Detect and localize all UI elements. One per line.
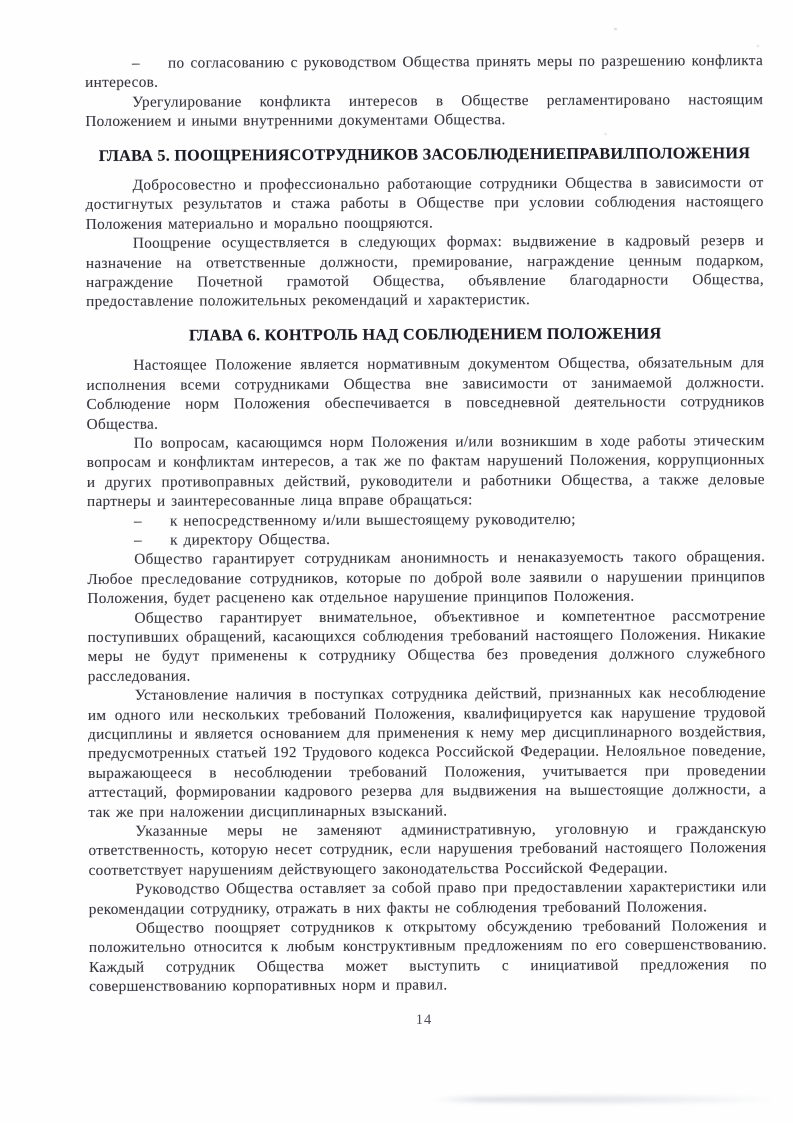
list-item-text: по согласованию с руководством Общества … <box>85 52 763 91</box>
paragraph: Урегулирование конфликта интересов в Общ… <box>85 90 763 132</box>
chapter-5-heading: ГЛАВА 5. ПООЩРЕНИЯСОТРУДНИКОВ ЗАСОБЛЮДЕН… <box>85 144 763 166</box>
paragraph: Установление наличия в поступках сотрудн… <box>88 683 767 822</box>
scan-artifact <box>430 1096 782 1103</box>
paragraph: Общество поощряет сотрудников к открытом… <box>89 916 767 997</box>
page-number: 14 <box>85 1012 763 1029</box>
list-item: –по согласованию с руководством Общества… <box>85 51 763 93</box>
paragraph: Указанные меры не заменяют административ… <box>88 819 766 880</box>
dash-bullet: – <box>134 531 170 551</box>
scan-speck <box>614 28 617 30</box>
list-item-text: к непосредственному и/или вышестоящему р… <box>170 510 576 529</box>
list-item-text: к директору Общества. <box>170 531 330 549</box>
scan-speck <box>604 133 607 135</box>
paragraph: Настоящее Положение является нормативным… <box>86 353 764 434</box>
paragraph: По вопросам, касающимся норм Положения и… <box>87 431 765 512</box>
dash-bullet: – <box>134 511 170 531</box>
paragraph: Руководство Общества оставляет за собой … <box>89 877 767 919</box>
paragraph: Поощрение осуществляется в следующих фор… <box>86 231 764 312</box>
paragraph: Добросовестно и профессионально работающ… <box>86 173 764 234</box>
chapter-6-heading: ГЛАВА 6. КОНТРОЛЬ НАД СОБЛЮДЕНИЕМ ПОЛОЖЕ… <box>86 324 764 346</box>
paragraph: Общество гарантирует внимательное, объек… <box>87 606 765 687</box>
page-content: –по согласованию с руководством Общества… <box>85 51 767 997</box>
document-page: –по согласованию с руководством Общества… <box>0 0 793 1123</box>
dash-bullet: – <box>132 54 168 74</box>
scan-speck <box>757 45 759 47</box>
paragraph: Общество гарантирует сотрудникам анонимн… <box>87 547 765 608</box>
